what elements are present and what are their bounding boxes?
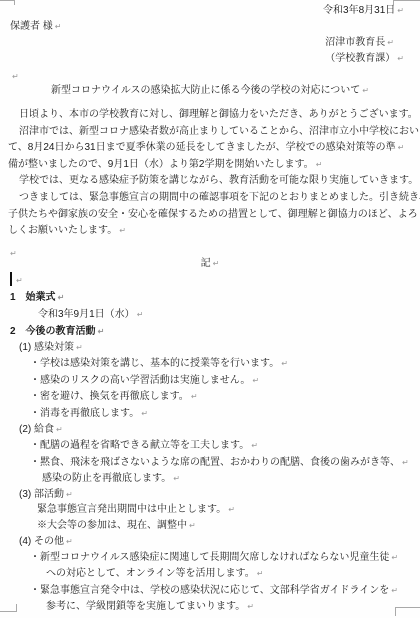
paragraph-mark: ↵ [252, 376, 259, 385]
record-separator: 記↵ [0, 258, 420, 270]
paragraph-mark: ↵ [55, 22, 62, 31]
paragraph-mark: ↵ [12, 72, 19, 81]
bullet-line: ・感染のリスクの高い学習活動は実施しません。↵ [30, 375, 259, 387]
bullet-continuation-line: 参考に、学級閉鎖等を実施してまいります。↵ [46, 601, 254, 613]
text-boundary-mark-bottom-left [0, 604, 17, 612]
paragraph-mark: ↵ [316, 160, 323, 169]
subsection-label: (1) 感染対策↵ [19, 342, 83, 354]
paragraph-mark: ↵ [397, 54, 404, 63]
paragraph-mark: ↵ [251, 441, 258, 450]
subsection-label: (3) 部活動↵ [19, 489, 73, 501]
recipient-line: 保護者 様↵ [10, 21, 61, 33]
paragraph-mark: ↵ [213, 259, 220, 268]
paragraph-mark: ↵ [98, 327, 105, 336]
section-1-date: 令和3年9月1日（水）↵ [38, 309, 143, 321]
document-title: 新型コロナウイルスの感染拡大防止に係る今後の学校の対応について↵ [0, 85, 420, 97]
paragraph-mark: ↵ [228, 505, 235, 514]
paragraph-mark: ↵ [10, 249, 17, 258]
bullet-line: ・緊急事態宣言発令中は、学校の感染状況に応じて、文部科学省ガイドラインを↵ [30, 585, 398, 597]
section-heading-1: 1 始業式↵ [10, 292, 64, 304]
body-line: 沼津市では、新型コロナ感染者数が高止まりしていることから、沼津市立小中学校におい… [19, 126, 420, 138]
bullet-continuation-line: への対応として、オンライン等を活用します。↵ [46, 568, 263, 580]
text-boundary-mark-top-left [0, 0, 15, 5]
paragraph-mark: ↵ [247, 602, 254, 611]
body-line: 子供たちや御家族の安全・安心を確保するための措置として、御理解と御協力のほど、よ… [8, 209, 420, 221]
paragraph-mark: ↵ [58, 293, 65, 302]
subsection-label: (4) その他↵ [19, 536, 73, 548]
paragraph-mark: ↵ [56, 425, 63, 434]
paragraph-mark: ↵ [402, 458, 409, 467]
paragraph-mark: ↵ [137, 310, 144, 319]
paragraph-mark: ↵ [391, 553, 398, 562]
subsection-line: 緊急事態宣言発出期間中は中止とします。↵ [37, 504, 235, 516]
subsection-line: ※大会等の参加は、現在、調整中↵ [37, 520, 196, 532]
paragraph-mark: ↵ [191, 392, 198, 401]
bullet-line: ・配膳の過程を省略できる献立等を工夫します。↵ [30, 440, 258, 452]
paragraph-mark: ↵ [76, 343, 83, 352]
empty-paragraph: ↵ [10, 71, 19, 83]
paragraph-mark: ↵ [398, 143, 405, 152]
paragraph-mark: ↵ [387, 38, 394, 47]
section-heading-2: 2 今後の教育活動↵ [10, 326, 104, 338]
paragraph-mark: ↵ [391, 586, 398, 595]
paragraph-mark: ↵ [281, 359, 288, 368]
paragraph-mark: ↵ [257, 569, 264, 578]
bullet-line: ・黙食、飛沫を飛ばさないような席の配置、おかわりの配膳、食後の歯みがき等、↵ [30, 457, 409, 469]
body-line: 備が整いましたので、9月1日（水）より第2学期を開始いたします。↵ [8, 159, 322, 171]
subsection-label: (2) 給食↵ [19, 424, 63, 436]
sender-org-line: 沼津市教育長↵ [325, 37, 394, 49]
paragraph-mark: ↵ [397, 6, 404, 15]
body-line: 日頃より、本市の学校教育に対し、御理解と御協力をいただき、ありがとうございます。… [19, 109, 420, 121]
body-line: て、8月24日から31日まで夏季休業の延長をしてきましたが、学校での感染対策等の… [8, 142, 404, 154]
body-line: 学校では、更なる感染症予防策を講じながら、教育活動を可能な限り実施していきます。… [19, 175, 420, 187]
text-cursor [10, 272, 12, 286]
bullet-line: ・密を避け、換気を再徹底します。↵ [30, 391, 198, 403]
sender-dept-line: （学校教育課）↵ [325, 53, 404, 65]
word-document-page[interactable]: 令和3年8月31日↵ 保護者 様↵ 沼津市教育長↵ （学校教育課）↵ ↵ 新型コ… [0, 0, 420, 618]
body-line: しくお願いいたします。↵ [8, 225, 126, 237]
paragraph-mark: ↵ [119, 226, 126, 235]
document-date: 令和3年8月31日↵ [323, 5, 404, 17]
paragraph-mark: ↵ [66, 490, 73, 499]
bullet-line: ・消毒を再徹底します。↵ [30, 408, 148, 420]
paragraph-mark: ↵ [362, 86, 369, 95]
bullet-continuation-line: 感染の防止を再徹底します。↵ [42, 473, 180, 485]
paragraph-mark: ↵ [16, 276, 23, 285]
bullet-line: ・新型コロナウイルス感染症に関連して長期間欠席しなければならない児童生徒↵ [30, 552, 398, 564]
paragraph-mark: ↵ [173, 474, 180, 483]
paragraph-mark: ↵ [189, 521, 196, 530]
text-boundary-mark-bottom-right [395, 607, 420, 616]
body-line: つきましては、緊急事態宣言の期間中の確認事項を下記のとおりまとめました。引き続き… [19, 192, 420, 204]
paragraph-mark: ↵ [141, 409, 148, 418]
empty-paragraph: ↵ [14, 275, 23, 287]
paragraph-mark: ↵ [66, 537, 73, 546]
bullet-line: ・学校は感染対策を講じ、基本的に授業等を行います。↵ [30, 358, 288, 370]
